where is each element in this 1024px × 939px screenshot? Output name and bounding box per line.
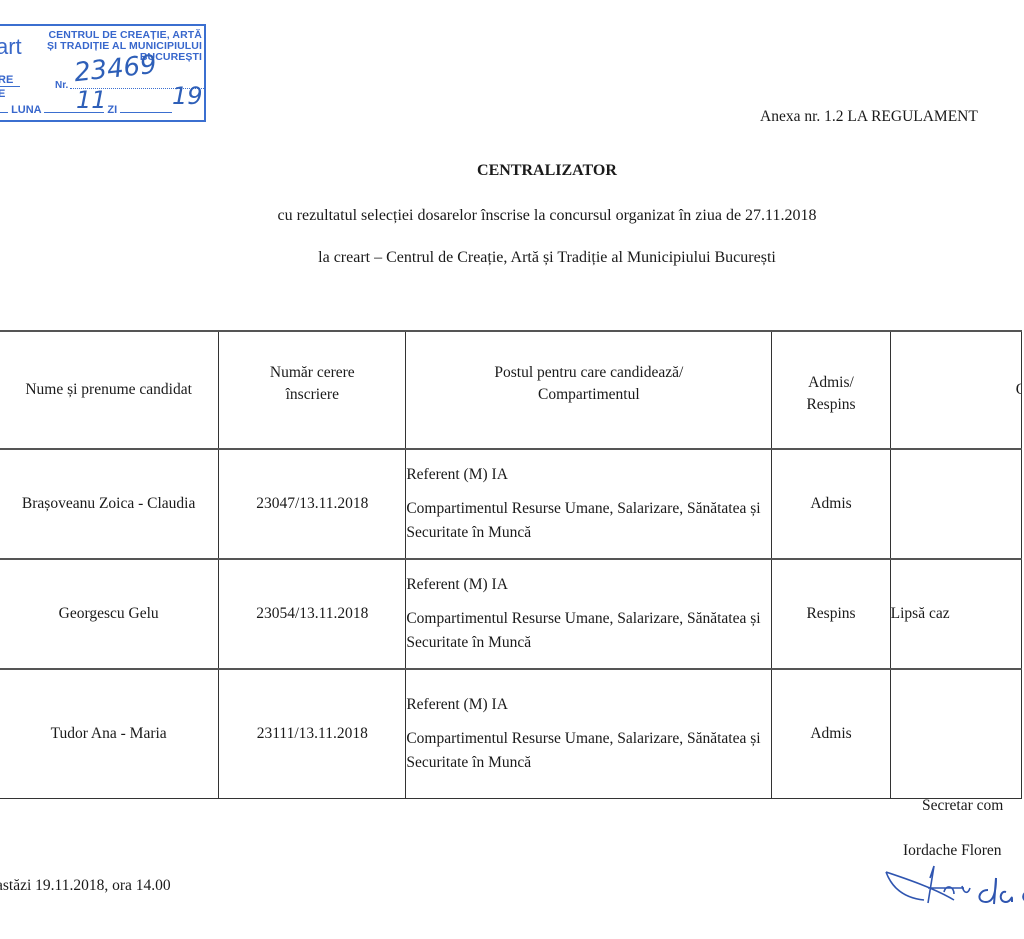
document-subtitle-2: la creart – Centrul de Creație, Artă și … [0, 249, 1024, 267]
cell-status: Admis [772, 669, 890, 799]
header-request-number: Număr cerere înscriere [219, 331, 406, 449]
signature-icon [884, 848, 1024, 908]
document-title: CENTRALIZATOR [0, 162, 1024, 180]
table-row: Georgescu Gelu 23054/13.11.2018 Referent… [0, 559, 1022, 669]
stamp-luna-value: 11 [76, 86, 107, 114]
cell-request-number: 23111/13.11.2018 [219, 669, 406, 799]
posted-date: astăzi 19.11.2018, ora 14.00 [0, 877, 171, 895]
stamp-left-fragment: E [0, 88, 5, 100]
cell-status: Admis [772, 449, 890, 559]
cell-post: Referent (M) IA Compartimentul Resurse U… [406, 449, 772, 559]
stamp-brand-fragment: art [0, 34, 22, 60]
table-header-row: Nume și prenume candidat Număr cerere în… [0, 331, 1022, 449]
cell-post: Referent (M) IA Compartimentul Resurse U… [406, 559, 772, 669]
stamp-zi-label: ZI [107, 104, 117, 116]
table-row: Brașoveanu Zoica - Claudia 23047/13.11.2… [0, 449, 1022, 559]
stamp-nr-label: Nr. [55, 80, 68, 91]
post-department: Compartimentul Resurse Umane, Salarizare… [406, 610, 760, 651]
cell-name: Brașoveanu Zoica - Claudia [0, 449, 219, 559]
post-title: Referent (M) IA [406, 693, 771, 717]
cell-name: Georgescu Gelu [0, 559, 219, 669]
table-row: Tudor Ana - Maria 23111/13.11.2018 Refer… [0, 669, 1022, 799]
stamp-zi-value: 19 [172, 82, 203, 110]
cell-request-number: 23047/13.11.2018 [219, 449, 406, 559]
annex-label: Anexa nr. 1.2 LA REGULAMENT [760, 108, 978, 126]
cell-name: Tudor Ana - Maria [0, 669, 219, 799]
results-table: Nume și prenume candidat Număr cerere în… [0, 330, 1022, 799]
cell-observations: Lipsă caz [890, 559, 1021, 669]
header-status: Admis/ Respins [772, 331, 890, 449]
post-title: Referent (M) IA [406, 463, 771, 487]
post-department: Compartimentul Resurse Umane, Salarizare… [406, 730, 760, 771]
stamp-left-fragment: RE [0, 74, 20, 87]
cell-request-number: 23054/13.11.2018 [219, 559, 406, 669]
registration-stamp: art CENTRUL DE CREAȚIE, ARTĂ ȘI TRADIȚIE… [0, 24, 206, 122]
document-subtitle-1: cu rezultatul selecției dosarelor înscri… [0, 207, 1024, 225]
header-post: Postul pentru care candidează/ Compartim… [406, 331, 772, 449]
header-observations: O [890, 331, 1021, 449]
stamp-luna-label: LUNA [11, 104, 41, 116]
post-department: Compartimentul Resurse Umane, Salarizare… [406, 500, 760, 541]
cell-observations [890, 449, 1021, 559]
cell-observations [890, 669, 1021, 799]
cell-status: Respins [772, 559, 890, 669]
header-candidate-name: Nume și prenume candidat [0, 331, 219, 449]
secretary-label: Secretar com [922, 797, 1003, 815]
post-title: Referent (M) IA [406, 573, 771, 597]
cell-post: Referent (M) IA Compartimentul Resurse U… [406, 669, 772, 799]
